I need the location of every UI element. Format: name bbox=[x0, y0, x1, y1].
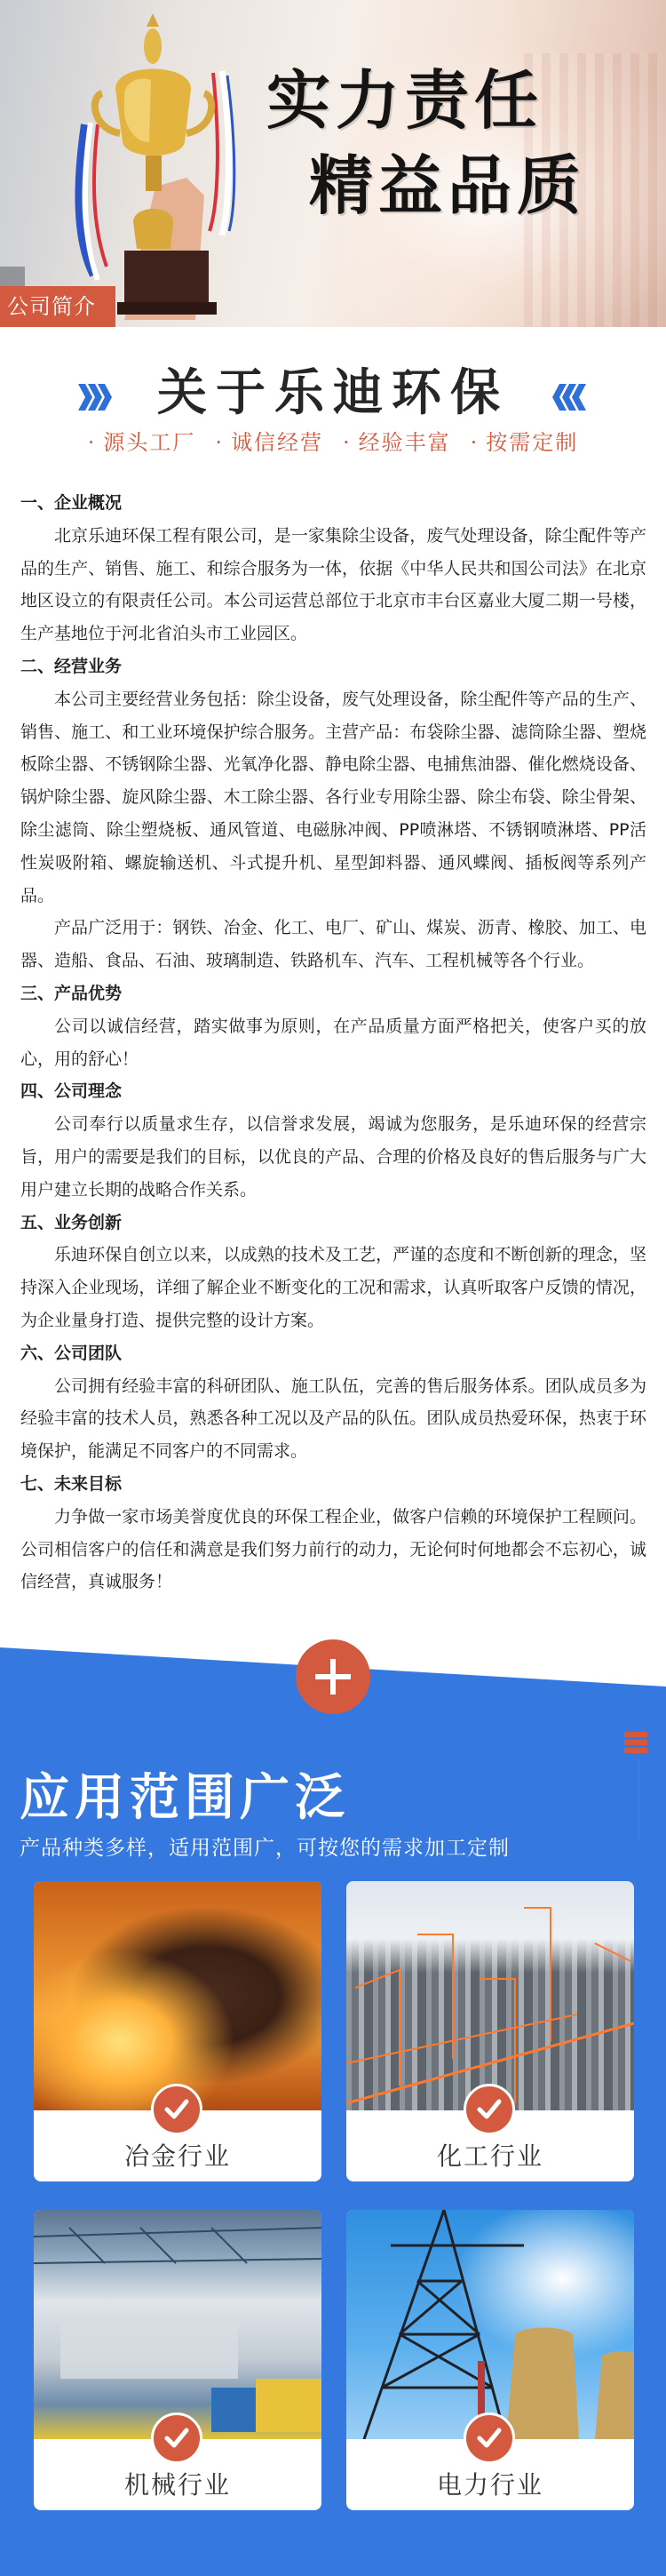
industry-card-label: 机械行业 bbox=[34, 2466, 321, 2501]
check-badge bbox=[464, 2084, 515, 2135]
chemical-plant-image bbox=[346, 1881, 634, 2110]
section-paragraph: 力争做一家市场美誉度优良的环保工程企业，做客户信赖的环境保护工程顾问。公司相信客… bbox=[20, 1501, 646, 1599]
plus-icon bbox=[313, 1657, 353, 1696]
section-paragraph: 公司拥有经验丰富的科研团队、施工队伍，完善的售后服务体系。团队成员多为经验丰富的… bbox=[20, 1370, 646, 1468]
applications-subtitle: 产品种类多样，适用范围广，可按您的需求加工定制 bbox=[20, 1831, 510, 1861]
industry-card-chemical[interactable]: 化工行业 bbox=[346, 1881, 634, 2181]
hero-slogan-line2: 精益品质 bbox=[309, 148, 648, 224]
check-badge bbox=[151, 2413, 202, 2464]
section-heading-goals: 七、未来目标 bbox=[20, 1468, 646, 1501]
pipeline-overlay bbox=[346, 1881, 634, 2110]
section-paragraph: 本公司主要经营业务包括：除尘设备，废气处理设备，除尘配件等产品的生产、销售、施工… bbox=[20, 683, 646, 913]
section-heading-business: 二、经营业务 bbox=[20, 650, 646, 683]
section-paragraph: 公司以诚信经营，踏实做事为原则，在产品质量方面严格把关，使客户买的放心，用的舒心… bbox=[20, 1010, 646, 1076]
tagline-item: 按需定制 bbox=[471, 425, 579, 464]
applications-section: 应用范围广泛 产品种类多样，适用范围广，可按您的需求加工定制 冶金行业 bbox=[0, 1634, 666, 2576]
check-badge bbox=[151, 2084, 202, 2135]
section-paragraph: 公司奉行以质量求生存，以信誉求发展，竭诚为您服务，是乐迪环保的经营宗旨，用户的需… bbox=[20, 1108, 646, 1206]
section-paragraph: 乐迪环保自创立以来，以成熟的技术及工艺，严谨的态度和不断创新的理念，坚持深入企业… bbox=[20, 1239, 646, 1336]
hero-slogan: 实力责任 精益品质 bbox=[258, 62, 648, 225]
expand-button[interactable] bbox=[296, 1639, 370, 1714]
section-heading-innovation: 五、业务创新 bbox=[20, 1207, 646, 1240]
power-image bbox=[346, 2210, 634, 2439]
industry-card-label: 冶金行业 bbox=[34, 2137, 321, 2173]
tagline-row: 源头工厂 诚信经营 经验丰富 按需定制 bbox=[0, 425, 666, 464]
industry-card-label: 电力行业 bbox=[346, 2466, 634, 2501]
about-header: 关于乐迪环保 bbox=[0, 327, 666, 425]
industry-card-metallurgy[interactable]: 冶金行业 bbox=[34, 1881, 321, 2181]
applications-title: 应用范围广泛 bbox=[20, 1759, 350, 1830]
check-icon bbox=[163, 2096, 190, 2123]
hero-slogan-line1: 实力责任 bbox=[266, 62, 648, 139]
machinery-image bbox=[34, 2210, 321, 2439]
section-paragraph: 产品广泛用于：钢铁、冶金、化工、电厂、矿山、煤炭、沥青、橡胶、加工、电器、造船、… bbox=[20, 912, 646, 977]
section-heading-overview: 一、企业概况 bbox=[20, 487, 646, 520]
trophy-icon bbox=[71, 9, 258, 320]
company-profile-article: 一、企业概况 北京乐迪环保工程有限公司，是一家集除尘设备，废气处理设备，除尘配件… bbox=[0, 464, 666, 1599]
chevrons-left-icon bbox=[551, 382, 588, 412]
tagline-item: 诚信经营 bbox=[215, 425, 323, 464]
section-heading-philosophy: 四、公司理念 bbox=[20, 1075, 646, 1108]
tower-overlay bbox=[346, 2210, 634, 2439]
company-intro-badge[interactable]: 公司简介 bbox=[0, 286, 115, 327]
industry-card-label: 化工行业 bbox=[346, 2137, 634, 2173]
industry-card-power[interactable]: 电力行业 bbox=[346, 2210, 634, 2510]
tagline-item: 经验丰富 bbox=[343, 425, 451, 464]
vertical-accent-line bbox=[638, 1759, 639, 1840]
section-heading-team: 六、公司团队 bbox=[20, 1337, 646, 1370]
check-badge bbox=[464, 2413, 515, 2464]
industry-card-machinery[interactable]: 机械行业 bbox=[34, 2210, 321, 2510]
check-icon bbox=[163, 2425, 190, 2452]
tagline-item: 源头工厂 bbox=[88, 425, 196, 464]
menu-bars-icon bbox=[624, 1732, 647, 1756]
check-icon bbox=[476, 2096, 503, 2123]
section-paragraph: 北京乐迪环保工程有限公司，是一家集除尘设备，废气处理设备，除尘配件等产品的生产、… bbox=[20, 520, 646, 650]
workshop-overlay bbox=[34, 2210, 321, 2439]
check-icon bbox=[476, 2425, 503, 2452]
section-heading-advantages: 三、产品优势 bbox=[20, 977, 646, 1010]
industry-card-grid: 冶金行业 化工行业 bbox=[34, 1881, 634, 2510]
metallurgy-image bbox=[34, 1881, 321, 2110]
hero-banner: 实力责任 精益品质 公司简介 bbox=[0, 0, 666, 327]
